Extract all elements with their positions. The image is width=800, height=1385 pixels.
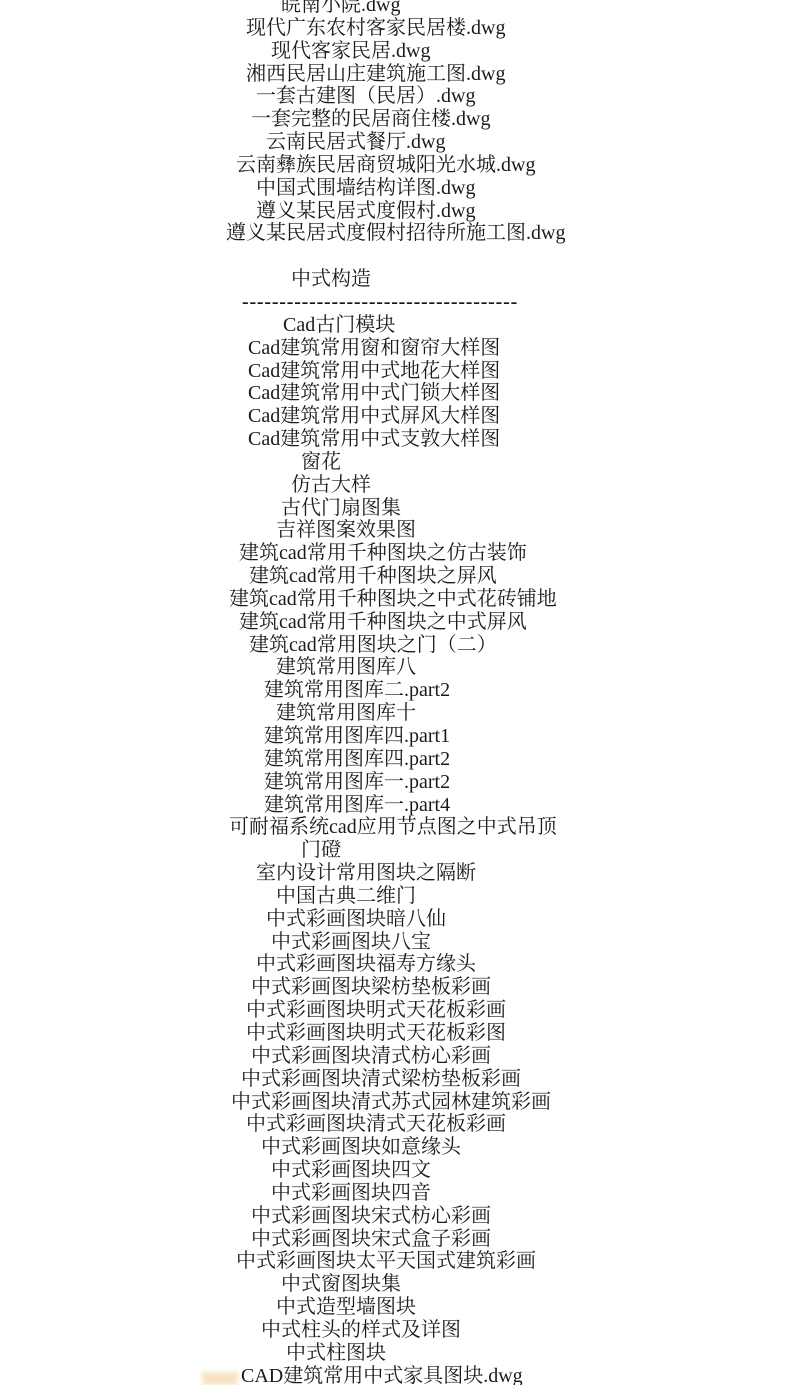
list-item-text: 建筑常用图库二.part2	[264, 679, 450, 702]
file-item: 中国式围墙结构详图.dwg	[0, 177, 800, 200]
list-item-text: 建筑cad常用千种图块之中式花砖铺地	[229, 588, 557, 611]
list-item-text: 中式彩画图块四音	[271, 1182, 431, 1205]
list-item-text: 窗花	[301, 451, 341, 474]
file-item: 一套古建图（民居）.dwg	[0, 85, 800, 108]
file-item-text: 中国式围墙结构详图.dwg	[256, 177, 475, 200]
list-item-text: 中式彩画图块清式天花板彩画	[246, 1113, 506, 1136]
list-item-text: Cad建筑常用中式门锁大样图	[248, 382, 500, 405]
list-item-text: 中式彩画图块清式梁枋垫板彩画	[241, 1068, 521, 1091]
list-item-text: 中式彩画图块明式天花板彩画	[246, 999, 506, 1022]
separator-line: -------------------------------------	[0, 291, 800, 314]
file-item: 云南民居式餐厅.dwg	[0, 131, 800, 154]
list-item: 建筑常用图库十	[0, 702, 800, 725]
list-item: 中式彩画图块清式苏式园林建筑彩画	[0, 1091, 800, 1114]
list-item: 中式窗图块集	[0, 1273, 800, 1296]
list-item: Cad建筑常用窗和窗帘大样图	[0, 337, 800, 360]
blank-line-text	[310, 245, 315, 268]
list-item-text: 吉祥图案效果图	[276, 519, 416, 542]
list-item-text: 建筑cad常用图块之门（二）	[249, 634, 497, 657]
file-item: 一套完整的民居商住楼.dwg	[0, 108, 800, 131]
list-item: 中式彩画图块清式梁枋垫板彩画	[0, 1068, 800, 1091]
list-item: 建筑常用图库一.part2	[0, 771, 800, 794]
list-item-text: 建筑cad常用千种图块之屏风	[249, 565, 497, 588]
list-item: 建筑cad常用千种图块之屏风	[0, 565, 800, 588]
file-item: 遵义某民居式度假村招待所施工图.dwg	[0, 222, 800, 245]
list-item: 中式彩画图块四音	[0, 1182, 800, 1205]
list-item: 室内设计常用图块之隔断	[0, 862, 800, 885]
list-item: 建筑cad常用千种图块之中式屏风	[0, 611, 800, 634]
list-item-text: Cad建筑常用窗和窗帘大样图	[248, 337, 500, 360]
list-item: 吉祥图案效果图	[0, 519, 800, 542]
list-item: 中式彩画图块宋式盒子彩画	[0, 1228, 800, 1251]
file-item-text: 现代广东农村客家民居楼.dwg	[246, 17, 505, 40]
list-item-text: 建筑常用图库十	[276, 702, 416, 725]
top-file-list: 皖南小院.dwg现代广东农村客家民居楼.dwg现代客家民居.dwg湘西民居山庄建…	[0, 0, 800, 245]
file-item: 湘西民居山庄建筑施工图.dwg	[0, 63, 800, 86]
list-item-text: 中式彩画图块清式苏式园林建筑彩画	[231, 1091, 551, 1114]
list-item-text: CAD建筑常用中式家具图块.dwg	[241, 1365, 523, 1385]
file-item-text: 遵义某民居式度假村.dwg	[256, 200, 475, 223]
list-item: Cad建筑常用中式支敦大样图	[0, 428, 800, 451]
list-item-text: 中式彩画图块清式枋心彩画	[251, 1045, 491, 1068]
list-item-text: 建筑常用图库一.part4	[264, 794, 450, 817]
file-item-text: 一套古建图（民居）.dwg	[256, 85, 475, 108]
list-item: 门磴	[0, 839, 800, 862]
list-item: 中式彩画图块八宝	[0, 931, 800, 954]
section-file-list: Cad古门模块Cad建筑常用窗和窗帘大样图Cad建筑常用中式地花大样图Cad建筑…	[0, 314, 800, 1385]
separator-dashes: -------------------------------------	[242, 291, 518, 314]
list-item: 建筑常用图库一.part4	[0, 794, 800, 817]
section-heading-text: 中式构造	[291, 268, 371, 291]
list-item-text: Cad建筑常用中式地花大样图	[248, 360, 500, 383]
list-item-text: 中式窗图块集	[281, 1273, 401, 1296]
file-item: 云南彝族民居商贸城阳光水城.dwg	[0, 154, 800, 177]
list-item: 中式彩画图块明式天花板彩图	[0, 1022, 800, 1045]
list-item-text: 中式彩画图块宋式枋心彩画	[251, 1205, 491, 1228]
list-item: 中式彩画图块如意缘头	[0, 1136, 800, 1159]
list-item: Cad古门模块	[0, 314, 800, 337]
list-item-text: 建筑常用图库四.part2	[264, 748, 450, 771]
file-item-text: 湘西民居山庄建筑施工图.dwg	[246, 63, 505, 86]
list-item-text: 仿古大样	[291, 474, 371, 497]
list-item: 中式彩画图块宋式枋心彩画	[0, 1205, 800, 1228]
list-item-text: 中式柱头的样式及详图	[261, 1319, 461, 1342]
blank-line	[0, 245, 800, 268]
list-item: CAD建筑常用中式家具图块.dwg	[0, 1365, 800, 1385]
list-item-text: 中式彩画图块四文	[271, 1159, 431, 1182]
list-item-text: 中式彩画图块暗八仙	[266, 908, 446, 931]
document-body: 皖南小院.dwg现代广东农村客家民居楼.dwg现代客家民居.dwg湘西民居山庄建…	[0, 0, 800, 1385]
list-item-text: Cad古门模块	[283, 314, 395, 337]
list-item: 窗花	[0, 451, 800, 474]
list-item-text: 中式造型墙图块	[276, 1296, 416, 1319]
list-item: 仿古大样	[0, 474, 800, 497]
list-item: 中式彩画图块暗八仙	[0, 908, 800, 931]
list-item: 中式彩画图块明式天花板彩画	[0, 999, 800, 1022]
list-item: 中式彩画图块福寿方缘头	[0, 953, 800, 976]
list-item: 中式彩画图块梁枋垫板彩画	[0, 976, 800, 999]
file-item: 现代客家民居.dwg	[0, 40, 800, 63]
list-item-text: 中式柱图块	[286, 1342, 386, 1365]
file-item: 现代广东农村客家民居楼.dwg	[0, 17, 800, 40]
list-item: 中式柱图块	[0, 1342, 800, 1365]
list-item-text: 古代门扇图集	[281, 497, 401, 520]
list-item: 中式彩画图块清式枋心彩画	[0, 1045, 800, 1068]
artifact-highlight	[202, 1372, 238, 1385]
list-item-text: 建筑常用图库八	[276, 656, 416, 679]
list-item: 建筑常用图库四.part2	[0, 748, 800, 771]
file-item-text: 皖南小院.dwg	[281, 0, 400, 17]
list-item: Cad建筑常用中式地花大样图	[0, 360, 800, 383]
list-item: 中式彩画图块清式天花板彩画	[0, 1113, 800, 1136]
file-item-text: 现代客家民居.dwg	[271, 40, 430, 63]
list-item: 建筑常用图库四.part1	[0, 725, 800, 748]
list-item-text: 建筑cad常用千种图块之仿古装饰	[239, 542, 527, 565]
list-item: 可耐福系统cad应用节点图之中式吊顶	[0, 816, 800, 839]
list-item-text: 中式彩画图块宋式盒子彩画	[251, 1228, 491, 1251]
file-item-text: 云南民居式餐厅.dwg	[266, 131, 445, 154]
list-item: Cad建筑常用中式屏风大样图	[0, 405, 800, 428]
list-item-text: 中式彩画图块明式天花板彩图	[246, 1022, 506, 1045]
list-item-text: 中国古典二维门	[276, 885, 416, 908]
list-item-text: 室内设计常用图块之隔断	[256, 862, 476, 885]
list-item: Cad建筑常用中式门锁大样图	[0, 382, 800, 405]
list-item: 中式造型墙图块	[0, 1296, 800, 1319]
list-item: 建筑cad常用千种图块之仿古装饰	[0, 542, 800, 565]
list-item-text: 中式彩画图块八宝	[271, 931, 431, 954]
list-item: 中式彩画图块四文	[0, 1159, 800, 1182]
list-item-text: Cad建筑常用中式屏风大样图	[248, 405, 500, 428]
list-item: 古代门扇图集	[0, 497, 800, 520]
list-item: 建筑常用图库二.part2	[0, 679, 800, 702]
list-item-text: Cad建筑常用中式支敦大样图	[248, 428, 500, 451]
list-item-text: 中式彩画图块如意缘头	[261, 1136, 461, 1159]
file-item-text: 一套完整的民居商住楼.dwg	[251, 108, 490, 131]
section-heading: 中式构造	[0, 268, 800, 291]
list-item: 建筑常用图库八	[0, 656, 800, 679]
file-item: 遵义某民居式度假村.dwg	[0, 200, 800, 223]
list-item-text: 建筑常用图库一.part2	[264, 771, 450, 794]
list-item: 中国古典二维门	[0, 885, 800, 908]
list-item: 中式柱头的样式及详图	[0, 1319, 800, 1342]
list-item-text: 中式彩画图块梁枋垫板彩画	[251, 976, 491, 999]
list-item: 建筑cad常用千种图块之中式花砖铺地	[0, 588, 800, 611]
list-item-text: 中式彩画图块太平天国式建筑彩画	[236, 1250, 536, 1273]
list-item: 建筑cad常用图块之门（二）	[0, 634, 800, 657]
file-item-text: 云南彝族民居商贸城阳光水城.dwg	[236, 154, 535, 177]
file-item-text: 遵义某民居式度假村招待所施工图.dwg	[226, 222, 565, 245]
list-item-text: 门磴	[301, 839, 341, 862]
list-item-text: 中式彩画图块福寿方缘头	[256, 953, 476, 976]
list-item-text: 建筑cad常用千种图块之中式屏风	[239, 611, 527, 634]
list-item-text: 建筑常用图库四.part1	[264, 725, 450, 748]
list-item-text: 可耐福系统cad应用节点图之中式吊顶	[229, 816, 557, 839]
list-item: 中式彩画图块太平天国式建筑彩画	[0, 1250, 800, 1273]
file-item: 皖南小院.dwg	[0, 0, 800, 17]
